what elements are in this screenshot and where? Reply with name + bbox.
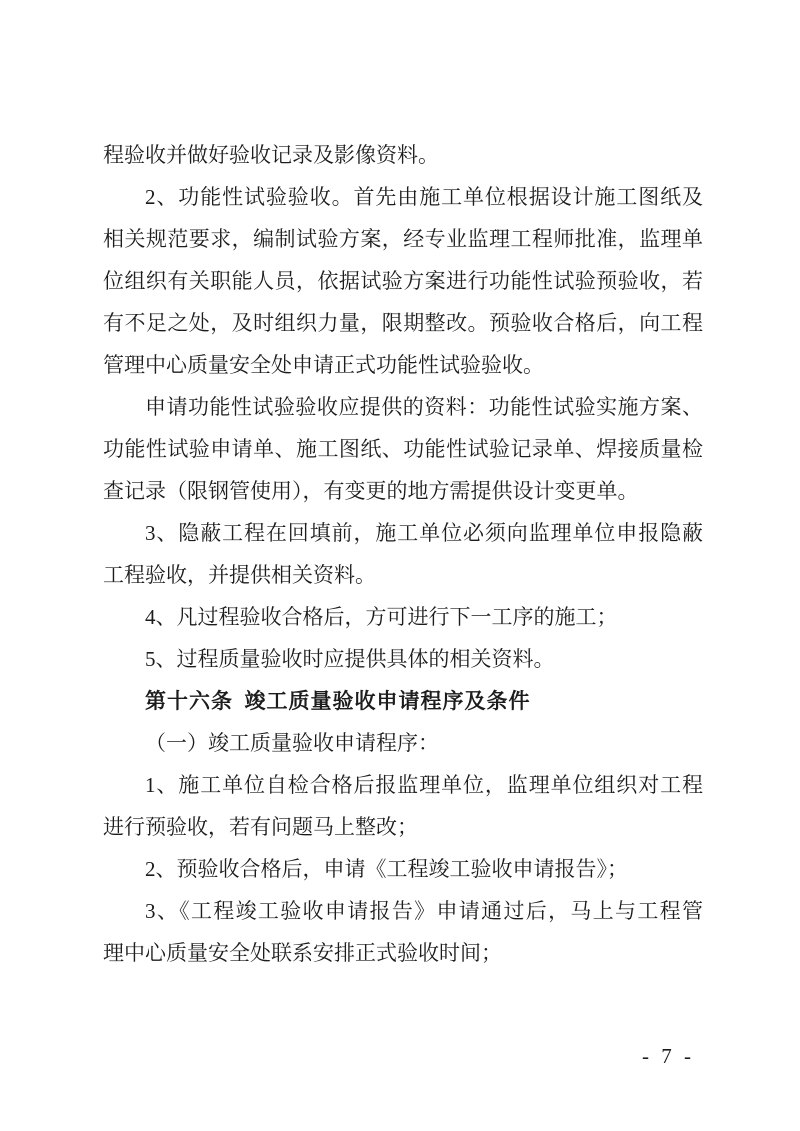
body-line: 2、功能性试验验收。首先由施工单位根据设计施工图纸及	[103, 176, 703, 218]
body-line: 2、预验收合格后，申请《工程竣工验收申请报告》；	[103, 848, 703, 890]
document-body: 程验收并做好验收记录及影像资料。 2、功能性试验验收。首先由施工单位根据设计施工…	[103, 134, 703, 974]
body-line: 3、隐蔽工程在回填前，施工单位必须向监理单位申报隐蔽	[103, 512, 703, 554]
body-line: 进行预验收，若有问题马上整改；	[103, 806, 703, 848]
body-line: 3、《工程竣工验收申请报告》申请通过后，马上与工程管	[103, 890, 703, 932]
body-line: 有不足之处，及时组织力量，限期整改。预验收合格后，向工程	[103, 302, 703, 344]
body-line: 位组织有关职能人员，依据试验方案进行功能性试验预验收，若	[103, 260, 703, 302]
body-line: 管理中心质量安全处申请正式功能性试验验收。	[103, 344, 703, 386]
body-line: 程验收并做好验收记录及影像资料。	[103, 134, 703, 176]
page-number: - 7 -	[103, 1035, 703, 1077]
section-number: 第十六条	[145, 689, 233, 713]
section-heading: 第十六条竣工质量验收申请程序及条件	[103, 680, 703, 722]
body-line: 理中心质量安全处联系安排正式验收时间；	[103, 932, 703, 974]
body-line: 工程验收，并提供相关资料。	[103, 554, 703, 596]
body-line: 功能性试验申请单、施工图纸、功能性试验记录单、焊接质量检	[103, 428, 703, 470]
document-page: 程验收并做好验收记录及影像资料。 2、功能性试验验收。首先由施工单位根据设计施工…	[0, 0, 800, 1131]
body-line: 查记录（限钢管使用），有变更的地方需提供设计变更单。	[103, 470, 703, 512]
body-line: （一）竣工质量验收申请程序：	[103, 722, 703, 764]
body-line: 相关规范要求，编制试验方案，经专业监理工程师批准，监理单	[103, 218, 703, 260]
body-line: 申请功能性试验验收应提供的资料：功能性试验实施方案、	[103, 386, 703, 428]
body-line: 4、凡过程验收合格后，方可进行下一工序的施工；	[103, 596, 703, 638]
section-title: 竣工质量验收申请程序及条件	[245, 689, 531, 713]
body-line: 1、施工单位自检合格后报监理单位，监理单位组织对工程	[103, 764, 703, 806]
body-line: 5、过程质量验收时应提供具体的相关资料。	[103, 638, 703, 680]
